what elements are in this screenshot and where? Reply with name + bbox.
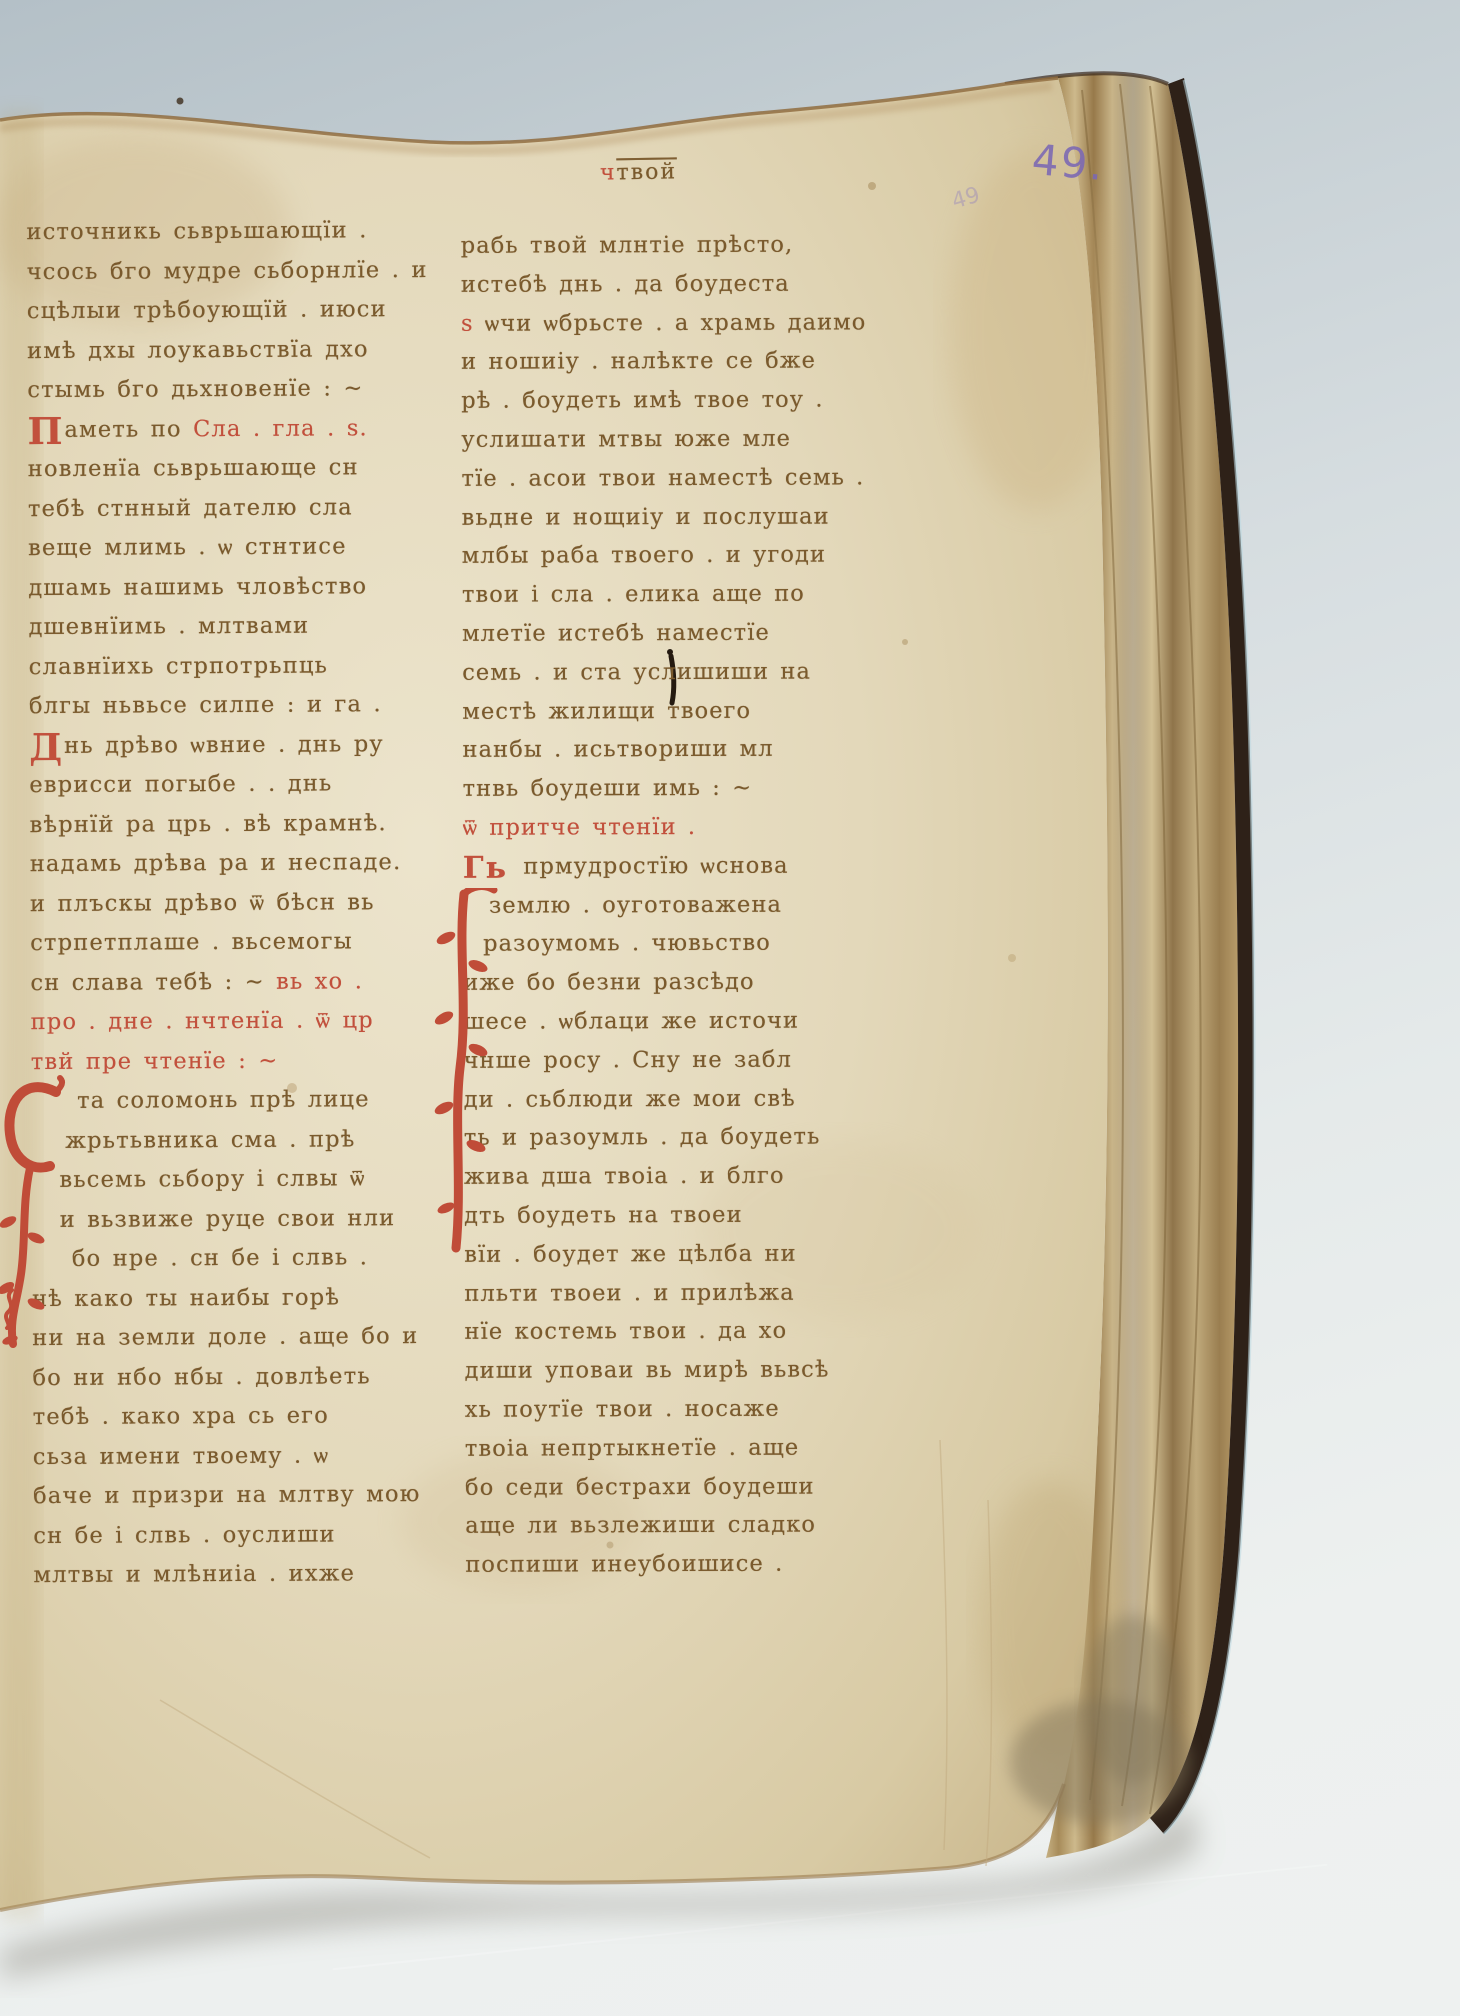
manuscript-line: и вьзвиже руце свои нли: [60, 1198, 442, 1239]
manuscript-line: новленїа сьврьшающе сн: [28, 448, 438, 490]
right-column: рабь твой млнтіе прѣсто,истебѣ днь . да …: [461, 225, 921, 1584]
manuscript-line: еврисси погыбе . . днь: [29, 764, 439, 806]
text-run: стрпетплаше . вьсемогы: [30, 928, 353, 956]
manuscript-line: дшамь нашимь чловѣство: [28, 566, 438, 608]
text-run: дшамь нашимь чловѣство: [28, 573, 367, 601]
text-run: вьсемь сьбору і слвы ѿ: [59, 1165, 365, 1193]
text-run: сн бе і слвь . оуслиши: [33, 1521, 336, 1549]
text-run: тебѣ стнный дателю сла: [28, 494, 353, 522]
text-run: надамь дрѣва ра и неспаде.: [30, 849, 402, 877]
manuscript-line: млетїе истебѣ наместїе: [462, 613, 917, 653]
manuscript-line: бо ни нбо нбы . довлѣеть: [32, 1356, 442, 1398]
manuscript-line: вьдне и нощиіу и послушаи: [462, 497, 917, 537]
text-run: разоумомь . чювьство: [483, 930, 771, 957]
manuscript-line: шесе . ѡблаци же источи: [463, 1001, 918, 1041]
text-run: истебѣ днь . да боудеста: [461, 270, 790, 297]
manuscript-line: семь . и ста услишиши на: [462, 652, 917, 692]
manuscript-line: дть боудеть на твоеи: [464, 1195, 919, 1235]
manuscript-line: землю . оуготоважена: [489, 885, 918, 925]
text-run: нїе костемь твои . да хо: [464, 1318, 787, 1345]
text-run: аще ли вьзлежиши сладко: [465, 1512, 816, 1539]
text-run: и плъскы дрѣво ѿ бѣсн вь: [30, 889, 375, 917]
manuscript-line: бо нре . сн бе і слвь .: [72, 1238, 442, 1279]
text-run: сн слава тебѣ : ~: [30, 968, 276, 995]
manuscript-line: источникь сьврьшающїи .: [26, 211, 436, 253]
text-run: славнїихь стрпотрьпць: [29, 652, 328, 680]
manuscript-line: пльти твоеи . и прилѣжа: [464, 1273, 919, 1313]
text-run: источникь сьврьшающїи .: [26, 217, 367, 245]
manuscript-line: и ношиіу . налѣкте се бже: [461, 342, 916, 382]
photo-backdrop: чтвой 49. 49 источникь сьврьшающїи .чсос…: [0, 0, 1460, 2016]
manuscript-line: про . дне . нчтенїа . ѿ цр: [31, 1001, 441, 1043]
text-run: Д: [29, 724, 64, 768]
text-run: аметь по: [64, 416, 193, 443]
ornamental-initial-right: [430, 888, 505, 1258]
text-run: шесе . ѡблаци же источи: [463, 1008, 799, 1035]
text-run: вїи . боудет же цѣлба ни: [464, 1240, 797, 1267]
left-column: источникь сьврьшающїи .чсось бго мудре с…: [26, 211, 443, 1596]
folio-number: 49.: [1030, 135, 1107, 190]
manuscript-line: нѣ како ты наибы горѣ: [32, 1277, 442, 1319]
text-run: бо нре . сн бе і слвь .: [72, 1244, 368, 1272]
text-run: бо ни нбо нбы . довлѣеть: [32, 1363, 370, 1391]
text-run: местѣ жилищи твоего: [462, 697, 751, 724]
text-run: млетїе истебѣ наместїе: [462, 620, 770, 647]
manuscript-line: славнїихь стрпотрьпць: [29, 645, 439, 687]
text-run: ѡчи ѡбрьсте . а храмь даимо: [485, 309, 867, 336]
text-run: вь хо .: [276, 968, 363, 994]
manuscript-line: разоумомь . чювьство: [483, 924, 918, 964]
text-run: твои і сла . елика аще по: [462, 581, 805, 608]
manuscript-line: твои і сла . елика аще по: [462, 574, 917, 614]
manuscript-line: нїе костемь твои . да хо: [464, 1312, 919, 1352]
text-run: вьдне и нощиіу и послушаи: [462, 503, 830, 530]
text-run: и вьзвиже руце свои нли: [60, 1205, 396, 1233]
text-run: чнше росу . Сну не забл: [463, 1046, 791, 1073]
text-run: услишати мтвы юже мле: [461, 426, 791, 453]
manuscript-line: Днь дрѣво ѡвние . днь ру: [29, 724, 439, 766]
manuscript-line: чсось бго мудре сьборнлїе . и: [27, 250, 437, 292]
text-run: жрьтьвника сма . прѣ: [65, 1126, 355, 1154]
text-run: и ношиіу . налѣкте се бже: [461, 348, 816, 375]
manuscript-line: ѕ ѡчи ѡбрьсте . а храмь даимо: [461, 303, 916, 343]
text-run: дть боудеть на твоеи: [464, 1202, 743, 1229]
manuscript-line: веще млимь . ѡ стнтисе: [28, 527, 438, 569]
manuscript-line: вѣрнїй ра црь . вѣ крамнѣ.: [29, 803, 439, 845]
text-run: имѣ дхы лоукавьствїа дхо: [27, 336, 369, 364]
manuscript-line: твоіа непртыкнетїе . аще: [465, 1428, 920, 1468]
running-title-initial: ч: [600, 160, 617, 185]
manuscript-line: жрьтьвника сма . прѣ: [65, 1119, 441, 1160]
manuscript-line: имѣ дхы лоукавьствїа дхо: [27, 329, 437, 371]
manuscript-line: истебѣ днь . да боудеста: [461, 264, 916, 304]
text-run: вѣрнїй ра црь . вѣ крамнѣ.: [30, 810, 387, 838]
manuscript-line: услишати мтвы юже мле: [461, 419, 916, 459]
text-run: диши уповаи вь мирѣ вьвсѣ: [465, 1357, 830, 1384]
manuscript-line: вїи . боудет же цѣлба ни: [464, 1234, 919, 1274]
text-run: прмудростїю ѡснова: [523, 852, 788, 879]
text-run: баче и призри на млтву мою: [33, 1481, 421, 1509]
manuscript-line: местѣ жилищи твоего: [462, 691, 917, 731]
text-run: бо седи бестрахи боудеши: [465, 1473, 815, 1500]
running-title-rest: твой: [616, 159, 677, 185]
text-run: нь дрѣво ѡвние . днь ру: [64, 731, 384, 759]
text-run: сьза имени твоему . ѡ: [33, 1442, 329, 1470]
text-run: млбы раба твоего . и угоди: [462, 542, 826, 569]
text-run: иже бо безни разсѣдо: [463, 969, 754, 996]
manuscript-line: жива дша твоіа . и блго: [464, 1156, 919, 1196]
manuscript-line: поспиши инеубоишисе .: [465, 1544, 920, 1584]
text-run: чсось бго мудре сьборнлїе . и: [27, 256, 428, 284]
text-run: ѕ: [461, 310, 485, 336]
text-run: ѿ притче чтенїи .: [463, 814, 697, 841]
manuscript-line: тїе . асои твои наместѣ семь .: [461, 458, 916, 498]
text-run: новленїа сьврьшающе сн: [28, 454, 359, 482]
text-run: блгы ньвьсе силпе : и га .: [29, 691, 382, 719]
text-run: дшевнїимь . млтвами: [28, 613, 309, 640]
manuscript-line: сн бе і слвь . оуслиши: [33, 1514, 443, 1556]
text-run: веще млимь . ѡ стнтисе: [28, 533, 347, 561]
manuscript-line: ѿ притче чтенїи .: [463, 807, 918, 847]
text-run: про . дне . нчтенїа . ѿ цр: [31, 1007, 374, 1035]
text-run: семь . и ста услишиши на: [462, 658, 811, 685]
text-run: нанбы . исьтвориши мл: [462, 736, 773, 763]
text-run: землю . оуготоважена: [489, 891, 782, 918]
text-run: жива дша твоіа . и блго: [464, 1163, 785, 1190]
manuscript-line: и плъскы дрѣво ѿ бѣсн вь: [30, 882, 440, 924]
text-run: млтвы и млѣниіа . ихже: [33, 1560, 355, 1588]
manuscript-line: надамь дрѣва ра и неспаде.: [30, 843, 440, 885]
text-run: та соломонь прѣ лице: [77, 1086, 370, 1114]
text-run: рѣ . боудеть имѣ твое тоу .: [461, 387, 823, 414]
margin-mark: [0, 1286, 20, 1330]
manuscript-line: сн слава тебѣ : ~ вь хо .: [30, 961, 440, 1003]
manuscript-line: тнвь боудеши имь : ~: [463, 768, 918, 808]
manuscript-line: млтвы и млѣниіа . ихже: [33, 1554, 443, 1596]
manuscript-line: баче и призри на млтву мою: [33, 1475, 443, 1517]
manuscript-line: стрпетплаше . вьсемогы: [30, 922, 440, 964]
text-run: твоіа непртыкнетїе . аще: [465, 1434, 799, 1461]
manuscript-line: чнше росу . Сну не забл: [463, 1040, 918, 1080]
manuscript-line: твй пре чтенїе : ~: [31, 1040, 441, 1082]
manuscript-line: рѣ . боудеть имѣ твое тоу .: [461, 380, 916, 420]
manuscript-line: бо седи бестрахи боудеши: [465, 1467, 920, 1507]
manuscript-line: вьсемь сьбору і слвы ѿ: [59, 1159, 441, 1200]
text-run: еврисси погыбе . . днь: [29, 770, 332, 798]
text-run: тнвь боудеши имь : ~: [463, 775, 753, 802]
manuscript-line: тебѣ стнный дателю сла: [28, 487, 438, 529]
manuscript-line: иже бо безни разсѣдо: [463, 962, 918, 1002]
manuscript-line: Гь прмудростїю ѡснова: [463, 846, 918, 886]
text-run: нѣ како ты наибы горѣ: [32, 1284, 340, 1312]
text-run: стымь бго дьхновенїе : ~: [27, 375, 363, 403]
text-run: Сла . гла . ѕ.: [193, 415, 368, 442]
manuscript-line: ни на земли доле . аще бо и: [32, 1317, 442, 1359]
manuscript-line: диши уповаи вь мирѣ вьвсѣ: [465, 1350, 920, 1390]
text-run: П: [27, 408, 64, 452]
manuscript-line: аще ли вьзлежиши сладко: [465, 1505, 920, 1545]
manuscript-line: тебѣ . како хра сь его: [33, 1396, 443, 1438]
manuscript-line: дшевнїимь . млтвами: [28, 606, 438, 648]
running-title: чтвой: [600, 159, 677, 185]
text-run: сцѣлыи трѣбоующїй . июси: [27, 296, 387, 324]
text-run: рабь твой млнтіе прѣсто,: [461, 232, 794, 259]
manuscript-line: ть и разоумль . да боудеть: [464, 1118, 919, 1158]
text-run: ди . сьблюди же мои свѣ: [464, 1085, 796, 1112]
text-run: тебѣ . како хра сь его: [33, 1403, 329, 1431]
manuscript-line: блгы ньвьсе силпе : и га .: [29, 685, 439, 727]
text-run: ни на земли доле . аще бо и: [32, 1323, 418, 1351]
text-run: тїе . асои твои наместѣ семь .: [461, 464, 864, 491]
manuscript-line: ди . сьблюди же мои свѣ: [464, 1079, 919, 1119]
text-run: поспиши инеубоишисе .: [465, 1551, 783, 1578]
manuscript-line: стымь бго дьхновенїе : ~: [27, 369, 437, 411]
text-run: ть и разоумль . да боудеть: [464, 1124, 821, 1151]
text-run: твй пре чтенїе : ~: [31, 1047, 279, 1074]
manuscript-line: сьза имени твоему . ѡ: [33, 1435, 443, 1477]
manuscript-line: рабь твой млнтіе прѣсто,: [461, 225, 916, 265]
manuscript-line: сцѣлыи трѣбоующїй . июси: [27, 290, 437, 332]
text-run: хь поутїе твои . носаже: [465, 1396, 780, 1423]
manuscript-line: млбы раба твоего . и угоди: [462, 536, 917, 576]
text-run: Гь: [463, 850, 524, 885]
text-run: пльти твоеи . и прилѣжа: [464, 1279, 794, 1306]
manuscript-line: хь поутїе твои . носаже: [465, 1389, 920, 1429]
manuscript-line: та соломонь прѣ лице: [77, 1080, 441, 1121]
manuscript-line: нанбы . исьтвориши мл: [462, 730, 917, 770]
manuscript-line: Паметь по Сла . гла . ѕ.: [27, 408, 437, 450]
